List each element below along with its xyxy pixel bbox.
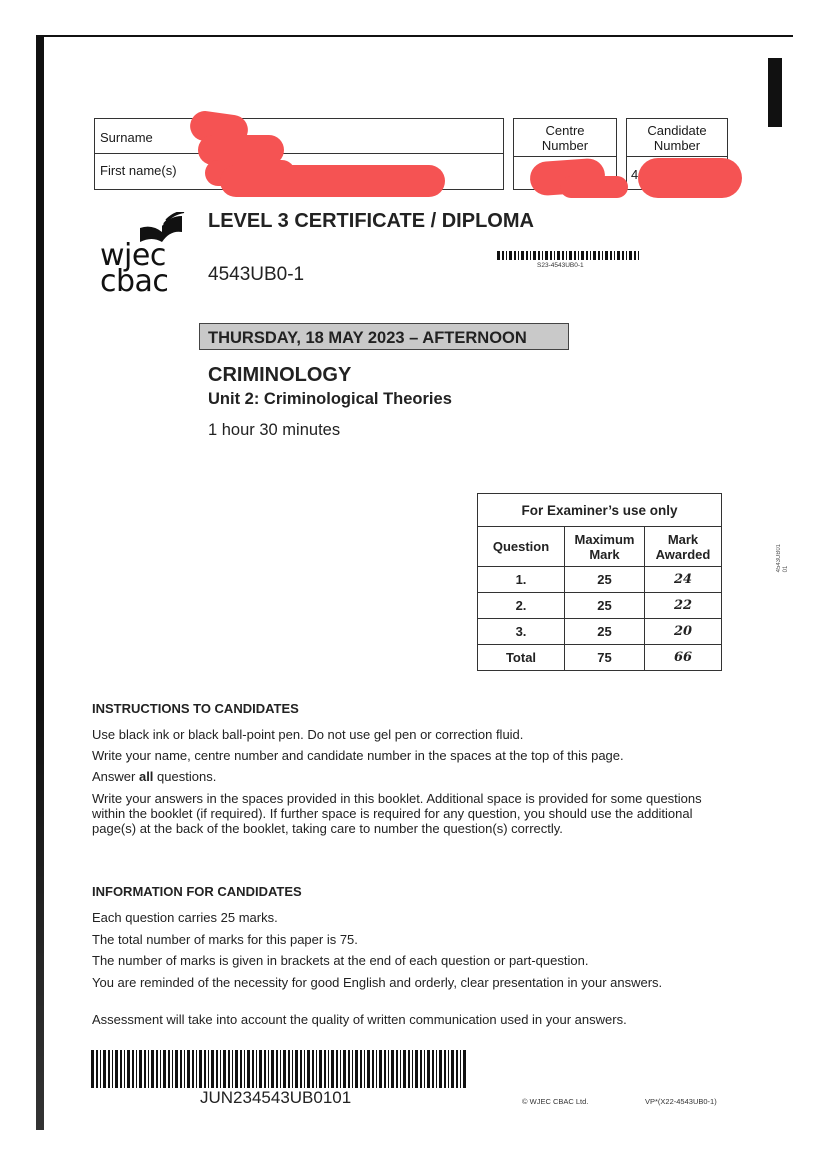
- examiner-marks-table: For Examiner’s use only Question Maximum…: [477, 493, 722, 671]
- surname-label: Surname: [100, 130, 153, 145]
- mark-awarded: 20: [645, 619, 722, 645]
- table-row-total: Total 75 66: [478, 645, 722, 671]
- column-header-mark-awarded: MarkAwarded: [645, 527, 722, 567]
- instruction-line: Write your name, centre number and candi…: [92, 748, 732, 763]
- page-edge-top: [36, 35, 793, 37]
- instruction-line: Answer all questions.: [92, 769, 732, 784]
- candidate-label-line2: Number: [627, 138, 727, 153]
- question-number: 1.: [478, 567, 565, 593]
- small-barcode: [497, 251, 640, 260]
- small-barcode-text: S23-4543UB0-1: [537, 262, 584, 269]
- main-barcode-text: JUN234543UB0101: [200, 1088, 351, 1108]
- table-caption: For Examiner’s use only: [478, 494, 722, 527]
- information-line: Assessment will take into account the qu…: [92, 1012, 732, 1027]
- paper-code: 4543UB0-1: [208, 264, 304, 286]
- candidate-label-line1: Candidate: [627, 123, 727, 138]
- surname-field[interactable]: Surname: [95, 119, 503, 154]
- logo-text-cbac: cbac: [100, 268, 168, 295]
- instructions-heading: INSTRUCTIONS TO CANDIDATES: [92, 701, 299, 716]
- mark-awarded: 22: [645, 593, 722, 619]
- table-row: 1. 25 24: [478, 567, 722, 593]
- table-row: 2. 25 22: [478, 593, 722, 619]
- instruction-line: Use black ink or black ball-point pen. D…: [92, 727, 732, 742]
- column-header-question: Question: [478, 527, 565, 567]
- information-line: Each question carries 25 marks.: [92, 910, 732, 925]
- total-mark-awarded: 66: [645, 645, 722, 671]
- column-header-maximum-mark: MaximumMark: [565, 527, 645, 567]
- exam-date-banner: THURSDAY, 18 MAY 2023 – AFTERNOON: [199, 323, 569, 350]
- main-barcode: [91, 1050, 468, 1088]
- information-line: The total number of marks for this paper…: [92, 932, 732, 947]
- maximum-mark: 25: [565, 619, 645, 645]
- first-name-label: First name(s): [100, 163, 177, 178]
- total-maximum-mark: 75: [565, 645, 645, 671]
- redaction-first-name: [220, 165, 445, 197]
- maximum-mark: 25: [565, 593, 645, 619]
- redaction-candidate-number: [638, 158, 742, 198]
- redaction-centre-number: [560, 176, 628, 198]
- instruction-paragraph: Write your answers in the spaces provide…: [92, 791, 724, 836]
- total-label: Total: [478, 645, 565, 671]
- information-heading: INFORMATION FOR CANDIDATES: [92, 884, 302, 899]
- information-line: The number of marks is given in brackets…: [92, 953, 732, 968]
- side-paper-code: 4543UB0101: [776, 544, 790, 572]
- wjec-cbac-logo: wjec cbac: [100, 212, 190, 302]
- page-edge-left: [36, 35, 44, 1130]
- qualification-level: LEVEL 3 CERTIFICATE / DIPLOMA: [208, 210, 534, 233]
- unit-title: Unit 2: Criminological Theories: [208, 390, 452, 409]
- question-number: 2.: [478, 593, 565, 619]
- centre-number-header: Centre Number: [514, 119, 616, 157]
- subject-title: CRIMINOLOGY: [208, 364, 351, 387]
- centre-label-line2: Number: [514, 138, 616, 153]
- information-line: You are reminded of the necessity for go…: [92, 975, 682, 990]
- registration-marker: [768, 58, 782, 127]
- table-row: 3. 25 20: [478, 619, 722, 645]
- candidate-number-header: Candidate Number: [627, 119, 727, 157]
- copyright-notice: © WJEC CBAC Ltd.: [522, 1097, 588, 1106]
- vp-code: VP*(X22-4543UB0-1): [645, 1097, 717, 1106]
- centre-label-line1: Centre: [514, 123, 616, 138]
- question-number: 3.: [478, 619, 565, 645]
- exam-duration: 1 hour 30 minutes: [208, 421, 340, 440]
- mark-awarded: 24: [645, 567, 722, 593]
- maximum-mark: 25: [565, 567, 645, 593]
